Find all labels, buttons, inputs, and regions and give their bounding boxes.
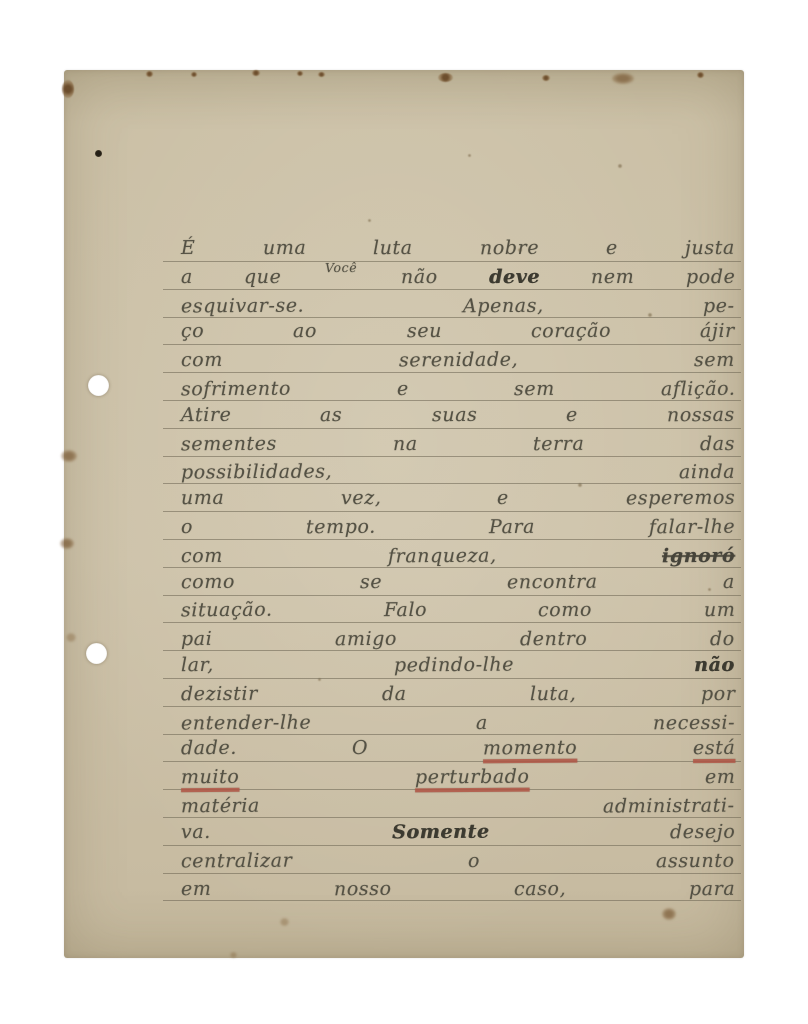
- stain: [61, 450, 77, 462]
- word: suas: [432, 403, 478, 427]
- word: o: [181, 515, 193, 539]
- word: desejo: [670, 820, 736, 844]
- word: possibilidades,: [181, 460, 332, 485]
- stain: [438, 73, 453, 82]
- word: das: [700, 431, 735, 455]
- handwritten-line: Atireassuasenossas: [163, 401, 741, 429]
- word: entender-lhe: [181, 710, 311, 735]
- handwritten-line: dezistirdaluta,por: [163, 679, 741, 707]
- word: caso,: [514, 877, 566, 901]
- handwritten-line: possibilidades,ainda: [163, 456, 741, 484]
- stain: [542, 75, 550, 81]
- word: e: [606, 236, 618, 260]
- stain: [612, 73, 634, 84]
- word: e: [497, 486, 509, 510]
- word: com: [181, 348, 223, 372]
- ink-dot: [95, 150, 102, 157]
- scan-background: ÉumalutanobreejustaaqueVocênãodevenempod…: [0, 0, 808, 1024]
- word: Apenas,: [463, 293, 544, 318]
- word: o: [468, 849, 480, 873]
- stain: [252, 70, 260, 76]
- word: ignoró: [662, 544, 735, 569]
- word: está: [693, 736, 736, 760]
- word: deve: [489, 265, 540, 289]
- word: seu: [407, 319, 442, 343]
- word: Somente: [391, 819, 489, 844]
- word: O: [352, 736, 368, 760]
- handwritten-line: aqueVocênãodevenempode: [163, 262, 741, 290]
- handwritten-line: comoseencontraa: [163, 568, 741, 596]
- word: as: [320, 403, 342, 427]
- stain: [66, 633, 76, 642]
- word: nosso: [334, 877, 392, 901]
- handwritten-line: paiamigodentrodo: [163, 623, 741, 651]
- handwritten-line: dade.Omomentoestá: [163, 734, 741, 762]
- stain: [468, 154, 471, 157]
- stain: [60, 538, 74, 549]
- stain: [297, 71, 303, 76]
- word: por: [700, 682, 735, 706]
- word: Falo: [384, 598, 427, 622]
- word: e: [566, 403, 578, 427]
- word: uma: [181, 486, 225, 510]
- word: luta: [373, 236, 413, 260]
- stain: [191, 72, 197, 77]
- word: sofrimento: [181, 377, 291, 402]
- word: com: [181, 544, 223, 568]
- word: ao: [293, 319, 317, 343]
- word: assunto: [656, 848, 735, 873]
- word: e: [397, 377, 409, 401]
- word: um: [703, 598, 735, 622]
- stain: [62, 80, 74, 98]
- word: muito: [181, 765, 240, 789]
- word: uma: [263, 236, 307, 260]
- word: nossas: [667, 403, 735, 427]
- word: vez,: [341, 486, 382, 510]
- word: amigo: [335, 627, 397, 651]
- word: dade.: [181, 736, 237, 760]
- word: pe-: [703, 293, 735, 317]
- word: ájir: [700, 319, 735, 343]
- word: sem: [694, 348, 735, 372]
- handwritten-text-block: ÉumalutanobreejustaaqueVocênãodevenempod…: [163, 234, 741, 902]
- handwritten-line: Éumalutanobreejusta: [163, 234, 741, 262]
- stain: [318, 72, 325, 77]
- word: perturbado: [415, 765, 530, 790]
- word: sem: [514, 377, 555, 401]
- stain: [280, 918, 289, 926]
- stain: [662, 908, 676, 920]
- word: a: [476, 711, 488, 735]
- word: coração: [531, 319, 611, 344]
- word: serenidade,: [399, 348, 518, 373]
- word: ço: [181, 319, 204, 343]
- word: em: [181, 877, 212, 901]
- word: dentro: [520, 627, 588, 651]
- word: ainda: [679, 460, 735, 484]
- word: tempo.: [306, 515, 376, 539]
- word: não: [400, 265, 437, 289]
- word: aflição.: [660, 377, 735, 402]
- handwritten-line: umavez,eesperemos: [163, 484, 741, 512]
- word: se: [360, 570, 382, 594]
- word: para: [689, 877, 735, 901]
- word: que: [244, 265, 282, 289]
- word: terra: [533, 431, 585, 455]
- word: va.: [181, 820, 211, 844]
- punch-hole-top: [88, 375, 109, 396]
- word: não: [694, 653, 735, 677]
- word: a: [723, 570, 735, 594]
- handwritten-line: sementesnaterradas: [163, 429, 741, 457]
- word: nem: [591, 265, 634, 289]
- stain: [146, 71, 153, 77]
- word: centralizar: [181, 848, 293, 873]
- word: como: [538, 598, 592, 622]
- handwritten-line: muitoperturbadoem: [163, 762, 741, 790]
- word: como: [181, 569, 235, 593]
- word: em: [704, 765, 735, 789]
- stain: [230, 952, 237, 958]
- handwritten-line: comserenidade,sem: [163, 345, 741, 373]
- word: situação.: [181, 598, 273, 623]
- word: falar-lhe: [649, 515, 735, 540]
- word: necessi-: [653, 710, 735, 735]
- handwritten-line: otempo.Parafalar-lhe: [163, 512, 741, 540]
- handwritten-line: matériaadministrati-: [163, 790, 741, 818]
- word: pode: [685, 265, 735, 289]
- handwritten-line: esquivar-se.Apenas,pe-: [163, 290, 741, 318]
- word: pedindo-lhe: [394, 653, 514, 678]
- word: É: [181, 236, 196, 260]
- word: Para: [489, 515, 535, 539]
- word: franqueza,: [388, 543, 497, 568]
- handwritten-line: emnossocaso,para: [163, 873, 741, 901]
- word: luta,: [530, 682, 576, 706]
- stain: [697, 72, 704, 78]
- handwritten-line: entender-lheanecessi-: [163, 707, 741, 735]
- word: justa: [685, 236, 735, 260]
- stain: [368, 219, 371, 222]
- word: sementes: [181, 431, 277, 456]
- word: lar,: [181, 653, 214, 677]
- handwritten-line: lar,pedindo-lhenão: [163, 651, 741, 679]
- word: administrati-: [603, 794, 735, 819]
- handwritten-line: centralizaroassunto: [163, 846, 741, 874]
- word: da: [382, 682, 407, 706]
- word: nobre: [480, 236, 539, 260]
- word: momento: [483, 736, 577, 761]
- word: esperemos: [626, 486, 736, 511]
- handwritten-line: situação.Falocomoum: [163, 595, 741, 623]
- punch-hole-bottom: [86, 643, 107, 664]
- word: esquivar-se.: [181, 293, 304, 318]
- word: a: [181, 265, 193, 289]
- handwritten-line: comfranqueza,ignoró: [163, 540, 741, 568]
- word: Atire: [181, 403, 232, 427]
- paper-sheet: ÉumalutanobreejustaaqueVocênãodevenempod…: [64, 70, 744, 958]
- word: encontra: [507, 569, 598, 594]
- stain: [618, 164, 622, 168]
- handwritten-line: çoaoseucoraçãoájir: [163, 317, 741, 345]
- word: Você: [325, 262, 357, 274]
- handwritten-line: va.Somentedesejo: [163, 818, 741, 846]
- word: matéria: [181, 794, 260, 819]
- word: na: [392, 432, 417, 456]
- word: do: [710, 627, 735, 651]
- handwritten-line: sofrimentoesemaflição.: [163, 373, 741, 401]
- word: pai: [181, 627, 213, 651]
- word: dezistir: [181, 682, 258, 707]
